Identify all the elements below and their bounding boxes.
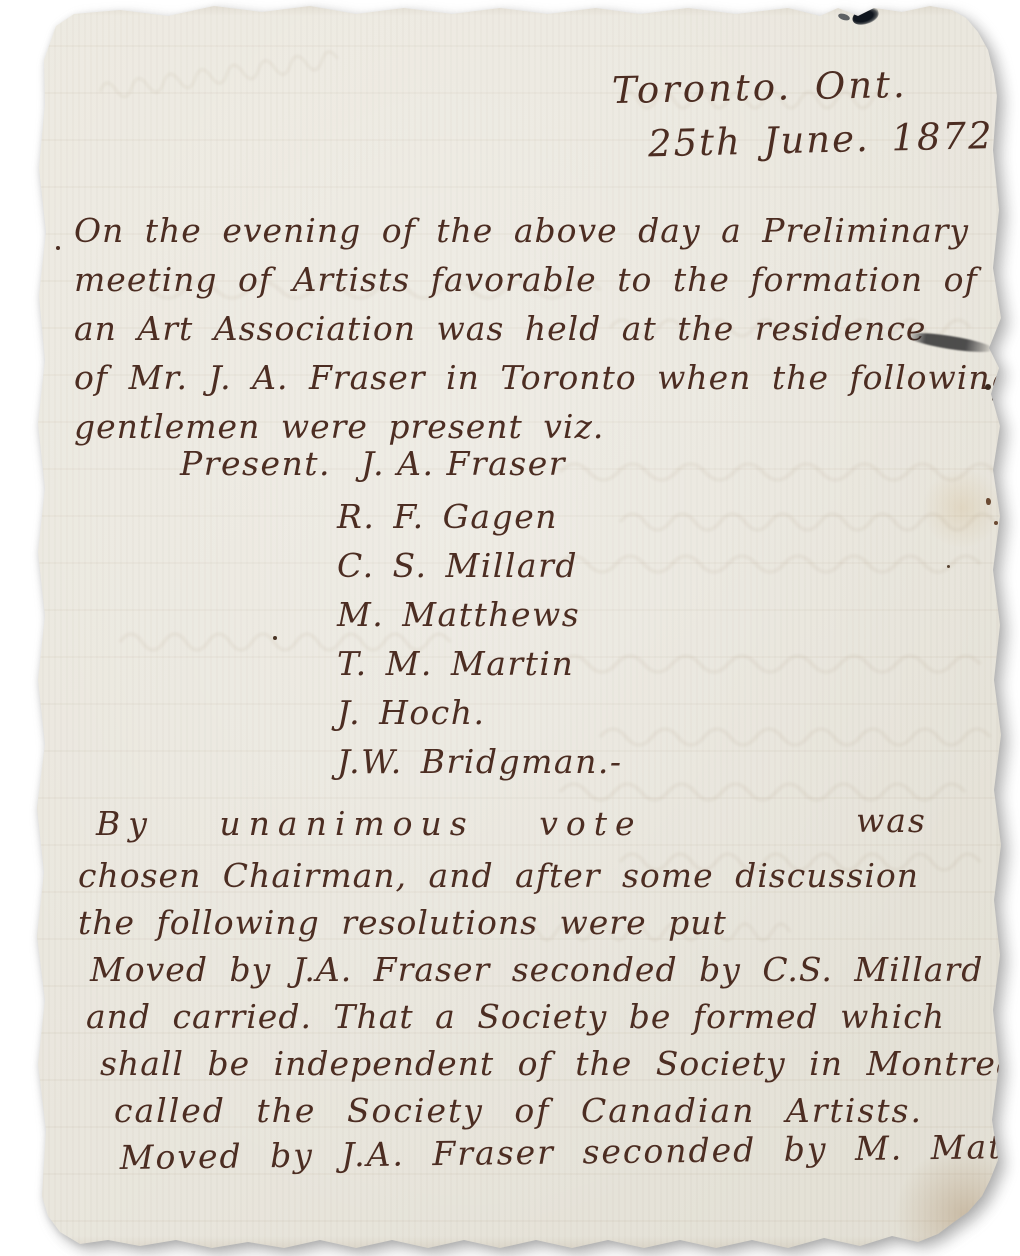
ink-speck bbox=[994, 521, 998, 525]
manuscript-page: Toronto. Ont. 25th June. 1872. On the ev… bbox=[0, 0, 1020, 1256]
attendees-heading: Present.J. A. Fraser bbox=[180, 444, 566, 483]
attendee-name: J.W. Bridgman.- bbox=[337, 737, 622, 786]
manuscript-line: meeting of Artists favorable to the form… bbox=[74, 255, 1013, 304]
present-label: Present. bbox=[180, 444, 331, 483]
attendee-name: R. F. Gagen bbox=[337, 492, 622, 541]
manuscript-line: the following resolutions were put bbox=[78, 899, 1020, 946]
dateline-date: 25th June. 1872. bbox=[648, 114, 1008, 166]
ink-blot bbox=[837, 12, 850, 21]
ink-speck bbox=[947, 565, 950, 568]
manuscript-line: of Mr. J. A. Fraser in Toronto when the … bbox=[74, 353, 1013, 402]
attendee-name: M. Matthews bbox=[337, 590, 622, 639]
ink-speck bbox=[273, 636, 277, 640]
dateline-place: Toronto. Ont. bbox=[612, 63, 909, 112]
manuscript-line: On the evening of the above day a Prelim… bbox=[74, 206, 1013, 255]
attendee-name: T. M. Martin bbox=[337, 639, 622, 688]
ink-speck bbox=[236, 1246, 240, 1250]
ink-blot bbox=[850, 5, 880, 27]
ink-speck bbox=[986, 498, 991, 505]
attendee-name: C. S. Millard bbox=[337, 541, 622, 590]
attendee-name: J. Hoch. bbox=[337, 688, 622, 737]
manuscript-line: chosen Chairman, and after some discussi… bbox=[78, 852, 1020, 899]
resolutions-paragraph: chosen Chairman, and after some discussi… bbox=[78, 852, 1020, 1181]
ink-speck bbox=[56, 246, 60, 250]
manuscript-line: and carried. That a Society be formed wh… bbox=[86, 993, 1020, 1040]
manuscript-line: an Art Association was held at the resid… bbox=[74, 304, 1013, 353]
chairman-vote-line: By unanimous vote was bbox=[0, 804, 1020, 853]
paper-shadow: Toronto. Ont. 25th June. 1872. On the ev… bbox=[0, 0, 1020, 1256]
attendee-name: J. A. Fraser bbox=[361, 444, 566, 483]
manuscript-line: Moved by J.A. Fraser seconded by C.S. Mi… bbox=[90, 946, 1020, 993]
vote-line-start: By unanimous vote bbox=[96, 804, 643, 843]
opening-paragraph: On the evening of the above day a Prelim… bbox=[74, 206, 1013, 451]
manuscript-line: shall be independent of the Society in M… bbox=[100, 1040, 1020, 1087]
attendees-list: R. F. Gagen C. S. Millard M. Matthews T.… bbox=[337, 492, 622, 786]
vote-line-end: was bbox=[856, 801, 927, 840]
scan-background: Toronto. Ont. 25th June. 1872. On the ev… bbox=[0, 0, 1020, 1256]
